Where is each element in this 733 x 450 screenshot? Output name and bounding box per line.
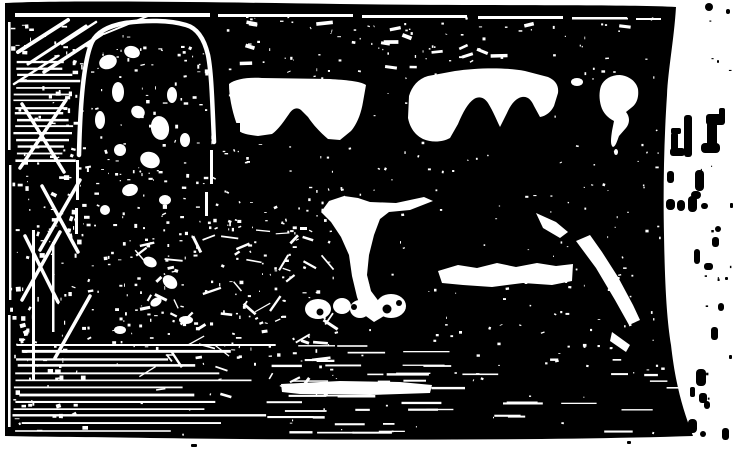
- scanned-page: [0, 0, 733, 450]
- letter-fragment: [627, 441, 631, 444]
- letter-fragment: [717, 60, 719, 63]
- letter-fragment: [688, 196, 697, 212]
- letter-fragment: [690, 387, 695, 397]
- letter-fragment: [704, 263, 713, 270]
- sky2-fleck: [571, 78, 583, 86]
- letter-fragment: [694, 249, 700, 264]
- embankment-band: [438, 263, 573, 287]
- letter-fragment: [722, 428, 729, 440]
- letter-fragment: [718, 303, 724, 311]
- letter-fragment: [726, 9, 730, 14]
- letter-fragment: [729, 355, 732, 359]
- letter-fragment: [670, 148, 685, 156]
- letter-fragment: [191, 444, 197, 447]
- engraving-plate: [0, 0, 733, 450]
- letter-fragment: [712, 237, 719, 247]
- letter-fragment: [700, 431, 706, 437]
- letter-fragment: [715, 226, 721, 232]
- letter-fragment: [684, 115, 692, 157]
- letter-fragment: [677, 200, 685, 211]
- letter-fragment: [667, 171, 674, 183]
- letter-fragment: [701, 143, 720, 153]
- sky1-dark-notch: [234, 123, 240, 133]
- letter-fragment: [705, 3, 713, 11]
- wagon-right-edge: [210, 150, 213, 184]
- letter-fragment: [695, 170, 704, 191]
- letter-fragment: [725, 277, 728, 280]
- letter-fragment: [666, 199, 675, 210]
- wagon-left-edge: [76, 160, 79, 200]
- letter-fragment: [696, 369, 706, 386]
- letter-fragment: [688, 419, 697, 433]
- letter-fragment: [704, 401, 710, 409]
- letter-fragment: [719, 108, 725, 118]
- letter-fragment: [711, 327, 718, 340]
- letter-fragment: [701, 203, 708, 209]
